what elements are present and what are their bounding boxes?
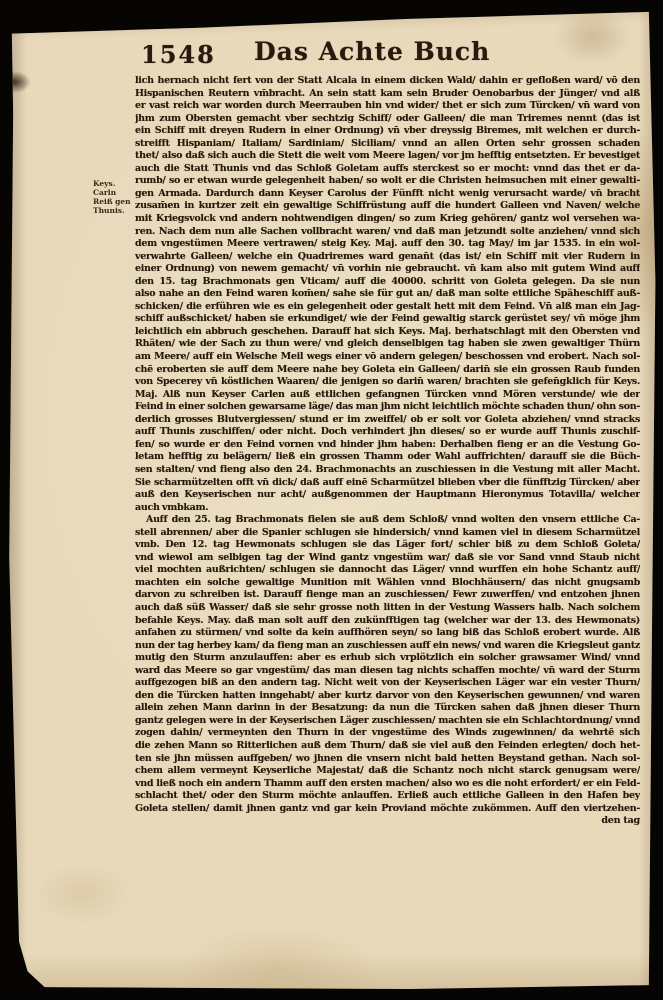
catchword: den tag <box>135 815 640 826</box>
text-line: leichtlich ein abbruch geschehen. Darauf… <box>135 326 640 339</box>
text-line: zusam̄en in kurtzer zeit ein gewaltige S… <box>135 200 640 213</box>
text-line: schiff außschicket/ haben sie erkundiget… <box>135 313 640 326</box>
text-line: ren. Nach dem nun alle Sachen vollbracht… <box>135 226 640 239</box>
text-line: einer Ordnung) von newem gemacht/ vn̄ vo… <box>135 263 640 276</box>
text-line: den 15. tag Brachmonats gen Vticam/ auff… <box>135 276 640 289</box>
text-line: verwahrte Galleen/ welche ein Quadrireme… <box>135 251 640 264</box>
text-line: vnd ließ noch ein andern Thamm auff den … <box>135 778 640 791</box>
margin-note-line: Keys. Carln <box>93 179 135 197</box>
text-line: sen stalten/ vnd fieng also den 24. Brac… <box>135 464 640 477</box>
text-line: fen/ so wurde er den Feind vornen vnd hi… <box>135 439 640 452</box>
scanned-page: 1548 Das Achte Buch Keys. Carln Reiß gen… <box>0 0 663 1000</box>
text-line: auch daß süß Wasser/ daß sie sehr grosse… <box>135 602 640 615</box>
text-line: ein Schiff mit dreyen Rudern in einer Or… <box>135 125 640 138</box>
text-line: mit Kriegsvolck vnd andern nohtwendigen … <box>135 213 640 226</box>
text-line: ten sie jhn müssen auffgeben/ wo jhnen d… <box>135 753 640 766</box>
text-line: Maj. Alß nun Keyser Carlen auß ettlichen… <box>135 389 640 402</box>
text-line: auffgezogen biß an den andern tag. Nicht… <box>135 677 640 690</box>
text-line: Auff den 25. tag Brachmonats fielen sie … <box>135 514 640 527</box>
text-line: Feind in einer solchen gewarsame läge/ d… <box>135 401 640 414</box>
text-line: Rhäten/ wie der Sach zu thun were/ vnd g… <box>135 338 640 351</box>
body-text: lich hernach nicht fert von der Statt Al… <box>135 75 640 815</box>
text-line: also nahe an den Feind waren kom̄en/ sah… <box>135 288 640 301</box>
text-line: lich hernach nicht fert von der Statt Al… <box>135 75 640 88</box>
text-line: derlich grosses Blutvergiessen/ stund er… <box>135 414 640 427</box>
margin-note-line: Thunis. <box>93 206 135 215</box>
text-line: chē eroberten sie auff dem Meere nahe be… <box>135 364 640 377</box>
margin-note-line: Reiß gen <box>93 197 135 206</box>
text-line: auch die Statt Thunis vnd das Schloß Gol… <box>135 163 640 176</box>
margin-note: Keys. Carln Reiß gen Thunis. <box>93 179 135 215</box>
text-line: chem allem vermeynt Keyserliche Majestat… <box>135 765 640 778</box>
text-line: streifft Hispaniam/ Italiam/ Sardiniam/ … <box>135 138 640 151</box>
text-line: auch vmbkam. <box>135 502 640 515</box>
text-line: schlacht thet/ oder den Sturm möchte anl… <box>135 790 640 803</box>
text-line: machten ein solche gewaltige Munition mi… <box>135 577 640 590</box>
text-line: Sie scharmützelten offt vn̄ dick/ daß au… <box>135 477 640 490</box>
running-title: Das Achte Buch <box>254 37 490 66</box>
text-line: allein zehen Mann darinn in der Besatzun… <box>135 702 640 715</box>
text-line: stell abrennen/ aber die Spanier schluge… <box>135 527 640 540</box>
text-line: am Meere/ auff ein Welsche Meil wegs ein… <box>135 351 640 364</box>
text-line: vnd wiewol am selbigen tag der Wind gant… <box>135 552 640 565</box>
text-line: auff Thunis zuschiffen/ oder nicht. Doch… <box>135 426 640 439</box>
text-line: anfahen zu stürmen/ vnd solte da kein au… <box>135 627 640 640</box>
text-line: er vast reich war worden durch Meerraube… <box>135 100 640 113</box>
text-line: gantz gelegen were in der Keyserischen L… <box>135 715 640 728</box>
text-line: darvon zu schreiben ist. Darauff fienge … <box>135 589 640 602</box>
text-line: vmb. Den 12. tag Hewmonats schlugen sie … <box>135 539 640 552</box>
text-line: nun der tag herbey kam/ da fieng man an … <box>135 640 640 653</box>
text-line: dem vngestümen Meere vertrawen/ steig Ke… <box>135 238 640 251</box>
text-line: schicken/ die erführen wie es ein gelege… <box>135 301 640 314</box>
text-line: thet/ also daß sich auch die Stett die w… <box>135 150 640 163</box>
text-line: gen Armada. Dardurch dann Keyser Carolus… <box>135 188 640 201</box>
text-line: den die Türcken hatten inngehabt/ aber k… <box>135 690 640 703</box>
page-number: 1548 <box>141 40 216 69</box>
text-line: rumb/ so er etwan wurde gelegenheit habe… <box>135 175 640 188</box>
text-line: viel mochten außrichten/ schlugen sie da… <box>135 564 640 577</box>
text-line: ward das Meere so gar vngestüm/ das man … <box>135 665 640 678</box>
text-line: Hispanischen Reutern vm̄bracht. An sein … <box>135 88 640 101</box>
text-line: jhm zum Obersten gemacht vber sechtzig S… <box>135 113 640 126</box>
text-line: die zehen Mann so Ritterlichen auß dem T… <box>135 740 640 753</box>
text-line: von Specerey vn̄ köstlichen Waaren/ die … <box>135 376 640 389</box>
text-line: letam hefftig zu belägern/ ließ ein gros… <box>135 451 640 464</box>
text-line: befahle Keys. May. daß man solt auff den… <box>135 615 640 628</box>
text-line: Goleta stellen/ damit jhnen gantz vnd ga… <box>135 803 640 816</box>
text-line: auß den Keyserischen nur acht/ außgenomm… <box>135 489 640 502</box>
text-line: mutig den Sturm anzulauffen: aber es erh… <box>135 652 640 665</box>
text-line: zogen dahin/ vermeynten den Thurn in der… <box>135 727 640 740</box>
